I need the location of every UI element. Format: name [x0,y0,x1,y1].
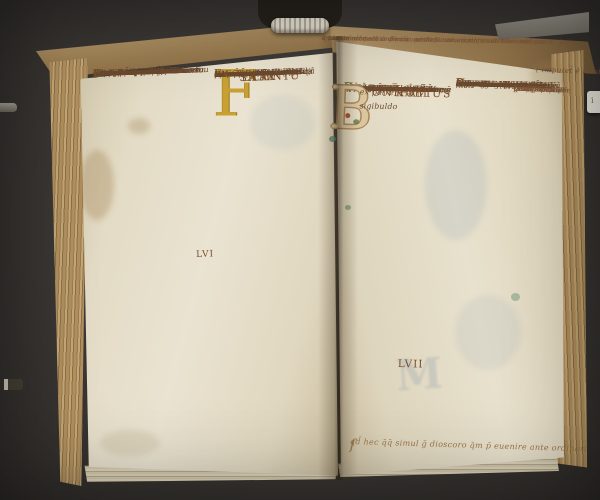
pigment-dot [511,293,520,301]
ink-show-through [250,95,316,150]
book-edge-top-right [495,12,589,40]
stain [128,118,150,134]
initial-letter: D [456,78,465,90]
ink-show-through [455,295,521,370]
text-line: ex patre sigibuldo [359,85,398,114]
ink-show-through [425,130,487,240]
fore-edge-tab: i [587,91,600,113]
endband [271,18,329,33]
show-through-letter: M [394,348,444,400]
gutter-shadow [318,36,358,480]
stain [80,150,114,220]
chapter-number-LVI: LVI [196,249,214,260]
clasp-pin-icon [0,103,17,112]
stain [100,430,160,456]
manuscript-photo: M v̄ . kl̄ . mār . ordine .Post huius ob… [0,0,600,500]
rustic-capitals-line: ROM̄ [396,86,430,102]
clasp-strap-icon [4,379,23,390]
text-line: IIII . id̄ . iulias . [214,66,281,81]
chapter-number-LVII: LVII [398,358,424,371]
text-line: h nūc edictū [514,83,561,97]
